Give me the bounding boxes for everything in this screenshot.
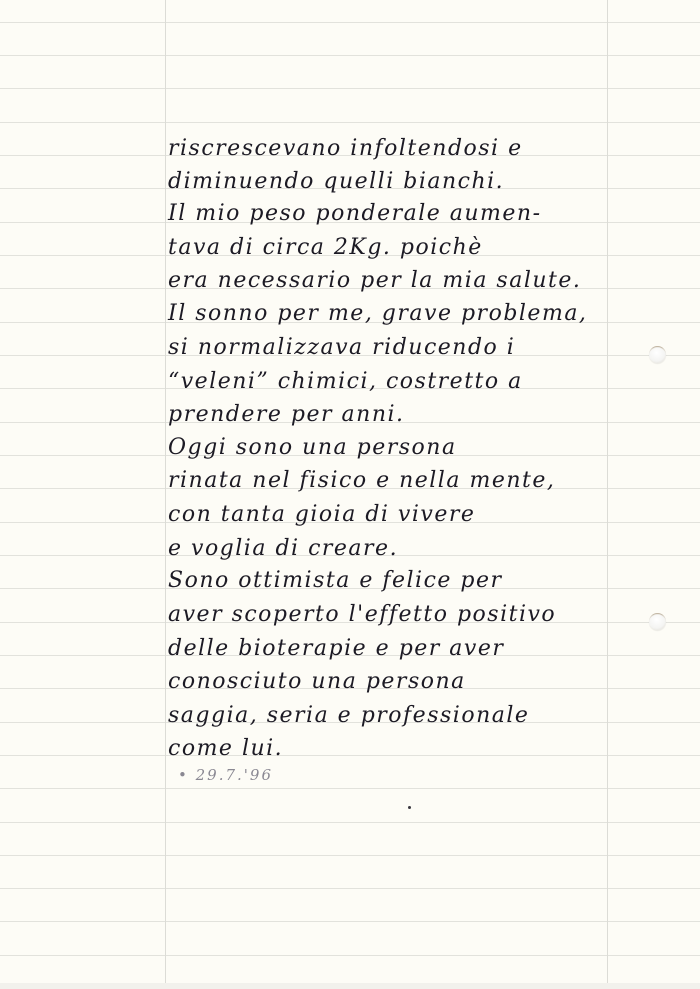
handwritten-line: aver scoperto l'effetto positivo [168,604,556,626]
handwritten-line: conosciuto una persona [168,671,466,693]
ruled-line [0,22,700,23]
punch-hole [649,613,666,630]
handwritten-line: riscrescevano infoltendosi e [168,138,523,160]
right-margin-line [607,0,608,989]
handwritten-line: Il sonno per me, grave problema, [168,303,587,325]
left-margin-line [165,0,166,989]
ruled-line [0,855,700,856]
handwritten-line: prendere per anni. [168,404,405,426]
handwritten-line: Oggi sono una persona [168,437,457,459]
handwritten-line: tava di circa 2Kg. poichè [168,237,483,259]
ruled-line [0,822,700,823]
ruled-line [0,55,700,56]
notebook-page: riscrescevano infoltendosi e diminuendo … [0,0,700,989]
page-bottom-edge [0,983,700,989]
ruled-line [0,88,700,89]
handwritten-line: saggia, seria e professionale [168,705,529,727]
handwritten-line: con tanta gioia di vivere [168,504,475,526]
ink-speck [408,806,411,809]
ruled-line [0,755,700,756]
handwritten-line: era necessario per la mia salute. [168,270,581,292]
ruled-line [0,955,700,956]
handwritten-line: Il mio peso ponderale aumen- [168,203,542,225]
date-note: • 29.7.'96 [178,766,273,784]
handwritten-line: e voglia di creare. [168,538,398,560]
ruled-line [0,122,700,123]
punch-hole [649,346,666,363]
ruled-line [0,788,700,789]
handwritten-line: si normalizzava riducendo i [168,337,515,359]
ruled-line [0,921,700,922]
handwritten-line: delle bioterapie e per aver [168,638,504,660]
handwritten-line: come lui. [168,738,283,760]
handwritten-line: diminuendo quelli bianchi. [168,171,504,193]
handwritten-line: rinata nel fisico e nella mente, [168,470,555,492]
ruled-line [0,888,700,889]
handwritten-line: “veleni” chimici, costretto a [168,371,523,393]
handwritten-line: Sono ottimista e felice per [168,570,503,592]
